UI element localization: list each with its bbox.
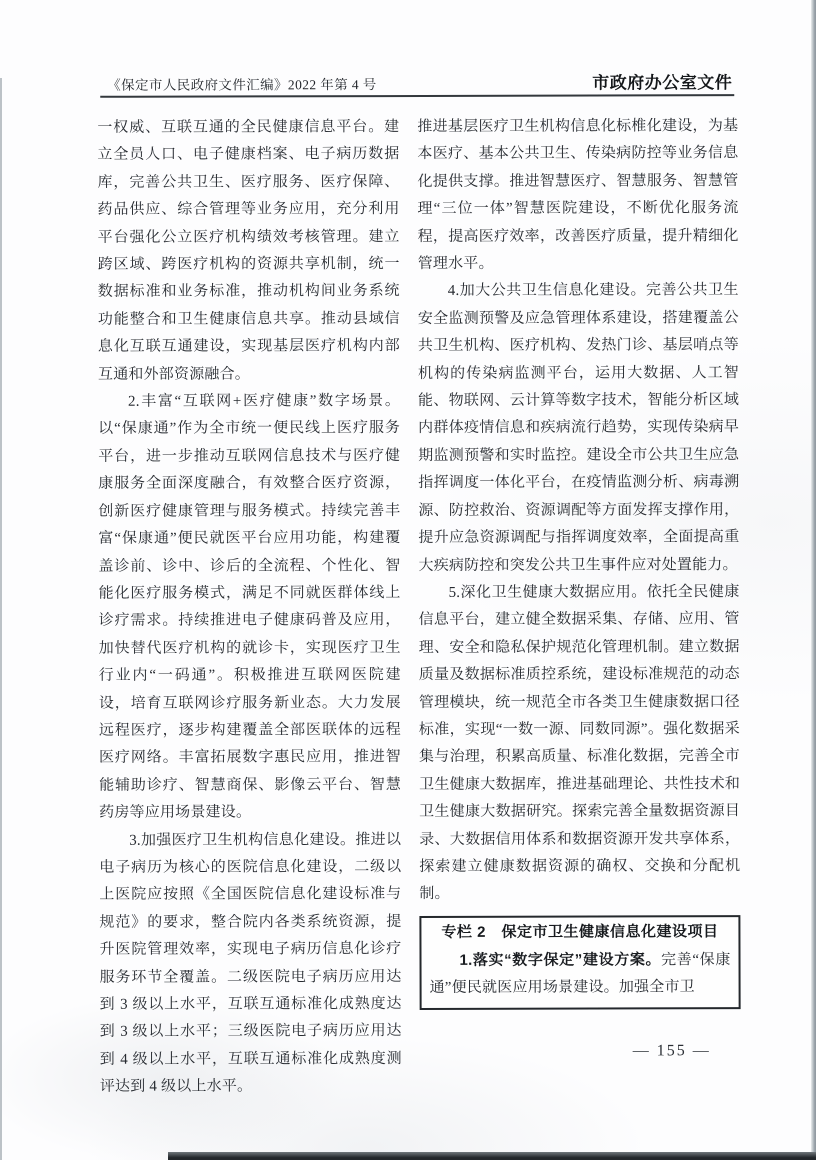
paragraph-item3-continuation: 推进基层医疗卫生机构信息化标椎化建设，为基本医疗、基本公共卫生、传染病防控等业务…: [417, 113, 738, 278]
text-column-left: 一权威、互联互通的全民健康信息平台。建立全员人口、电子健康档案、电子病历数据库，…: [97, 114, 402, 1101]
special-column-2-item1-lead: 1.落实“数字保定”建设方案。: [459, 951, 661, 969]
special-column-2-box: 专栏 2 保定市卫生健康信息化建设项目 1.落实“数字保定”建设方案。完善“保康…: [419, 915, 740, 1010]
page-content: 《保定市人民政府文件汇编》2022 年第 4 号 市政府办公室文件 一权威、互联…: [0, 0, 816, 1160]
page-number: — 155 —: [601, 1042, 743, 1060]
scan-edge-right: [811, 0, 816, 1160]
scan-edge-bottom: [168, 1152, 816, 1160]
header-divider-line: [100, 94, 734, 98]
paragraph-item4-public-health-informatization: 4.加大公共卫生信息化建设。完善公共卫生安全监测预警及应急管理体系建设，搭建覆盖…: [418, 278, 740, 580]
paragraph-platform-continuation: 一权威、互联互通的全民健康信息平台。建立全员人口、电子健康档案、电子病历数据库，…: [97, 114, 400, 389]
paragraph-item2-internet-healthcare: 2.丰富“互联网+医疗健康”数字场景。以“保康通”作为全市统一便民线上医疗服务平…: [98, 388, 401, 827]
text-column-right: 推进基层医疗卫生机构信息化标椎化建设，为基本医疗、基本公共卫生、传染病防控等业务…: [417, 113, 740, 1009]
header-compilation-title: 《保定市人民政府文件汇编》2022 年第 4 号: [107, 73, 377, 94]
special-column-2-title: 专栏 2 保定市卫生健康信息化建设项目: [429, 918, 730, 947]
special-column-2-body: 1.落实“数字保定”建设方案。完善“保康通”便民就医应用场景建设。加强全市卫: [429, 946, 730, 1003]
scanned-document-page: 《保定市人民政府文件汇编》2022 年第 4 号 市政府办公室文件 一权威、互联…: [0, 0, 816, 1160]
header-document-category: 市政府办公室文件: [592, 68, 732, 93]
paragraph-item5-health-big-data: 5.深化卫生健康大数据应用。依托全民健康信息平台，建立健全数据采集、存储、应用、…: [419, 579, 741, 909]
scan-edge-left: [0, 78, 2, 1160]
paragraph-item3-institution-informatization: 3.加强医疗卫生机构信息化建设。推进以电子病历为核心的医院信息化建设，二级以上医…: [99, 827, 402, 1102]
